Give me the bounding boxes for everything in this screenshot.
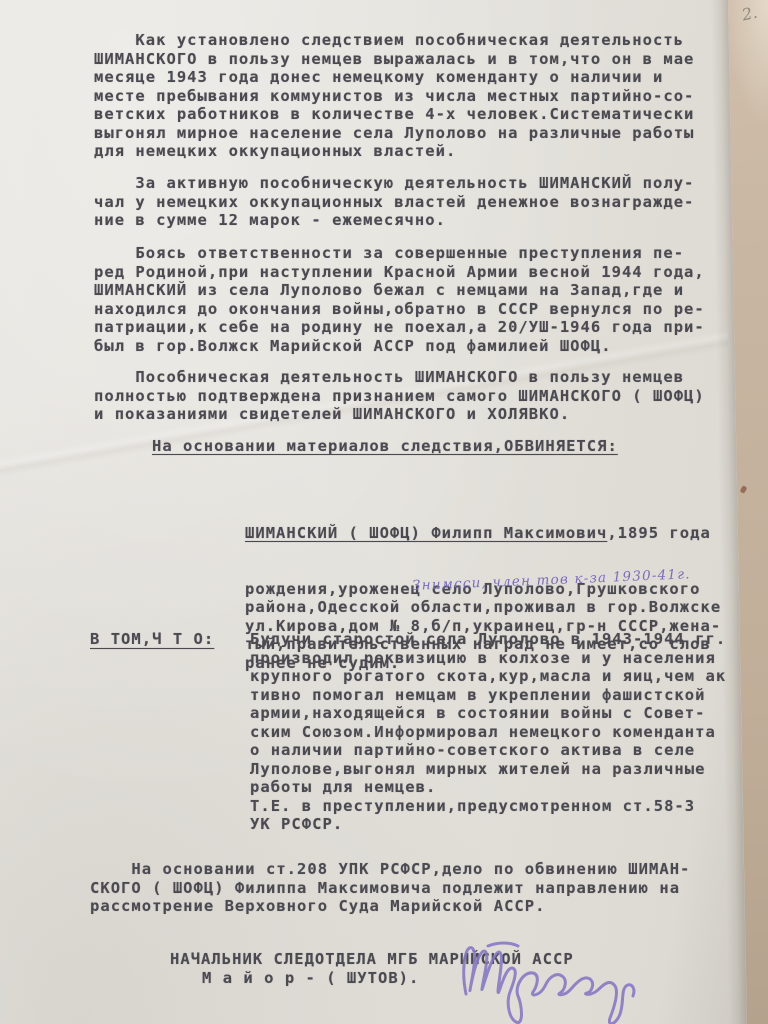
accused-birth-year: ,1895 года xyxy=(607,524,711,542)
paragraph-flight: Боясь ответственности за совершенные пре… xyxy=(94,244,705,355)
paragraph-closing: На основании ст.208 УПК РСФСР,дело по об… xyxy=(90,860,690,916)
paragraph-intro: Как установлено следствием пособническая… xyxy=(94,31,694,161)
paragraph-payment: За активную пособническую деятельность Ш… xyxy=(94,174,694,230)
accused-name-line: ШИМАНСКИЙ ( ШОФЦ) Филипп Максимович,1895… xyxy=(245,524,721,543)
document-page: Как установлено следствием пособническая… xyxy=(0,0,768,1024)
charge-text-block: Будучи старостой села Луполово в 1943-19… xyxy=(250,630,726,834)
accused-name: ШИМАНСКИЙ ( ШОФЦ) Филипп Максимович xyxy=(245,524,607,542)
ink-speck xyxy=(740,485,748,494)
signature-ink xyxy=(452,928,687,1024)
signoff-rank-name: М а й о р - ( ШУТОВ). xyxy=(202,969,419,988)
scanned-document-photo: { "document": { "page_number": "2.", "pa… xyxy=(0,0,768,1024)
charge-label: В ТОМ,Ч Т О: xyxy=(90,630,214,649)
paragraph-confirmation: Пособническая деятельность ШИМАНСКОГО в … xyxy=(94,368,705,424)
section-heading-accusation: На основании материалов следствия,ОБВИНЯ… xyxy=(152,437,618,456)
